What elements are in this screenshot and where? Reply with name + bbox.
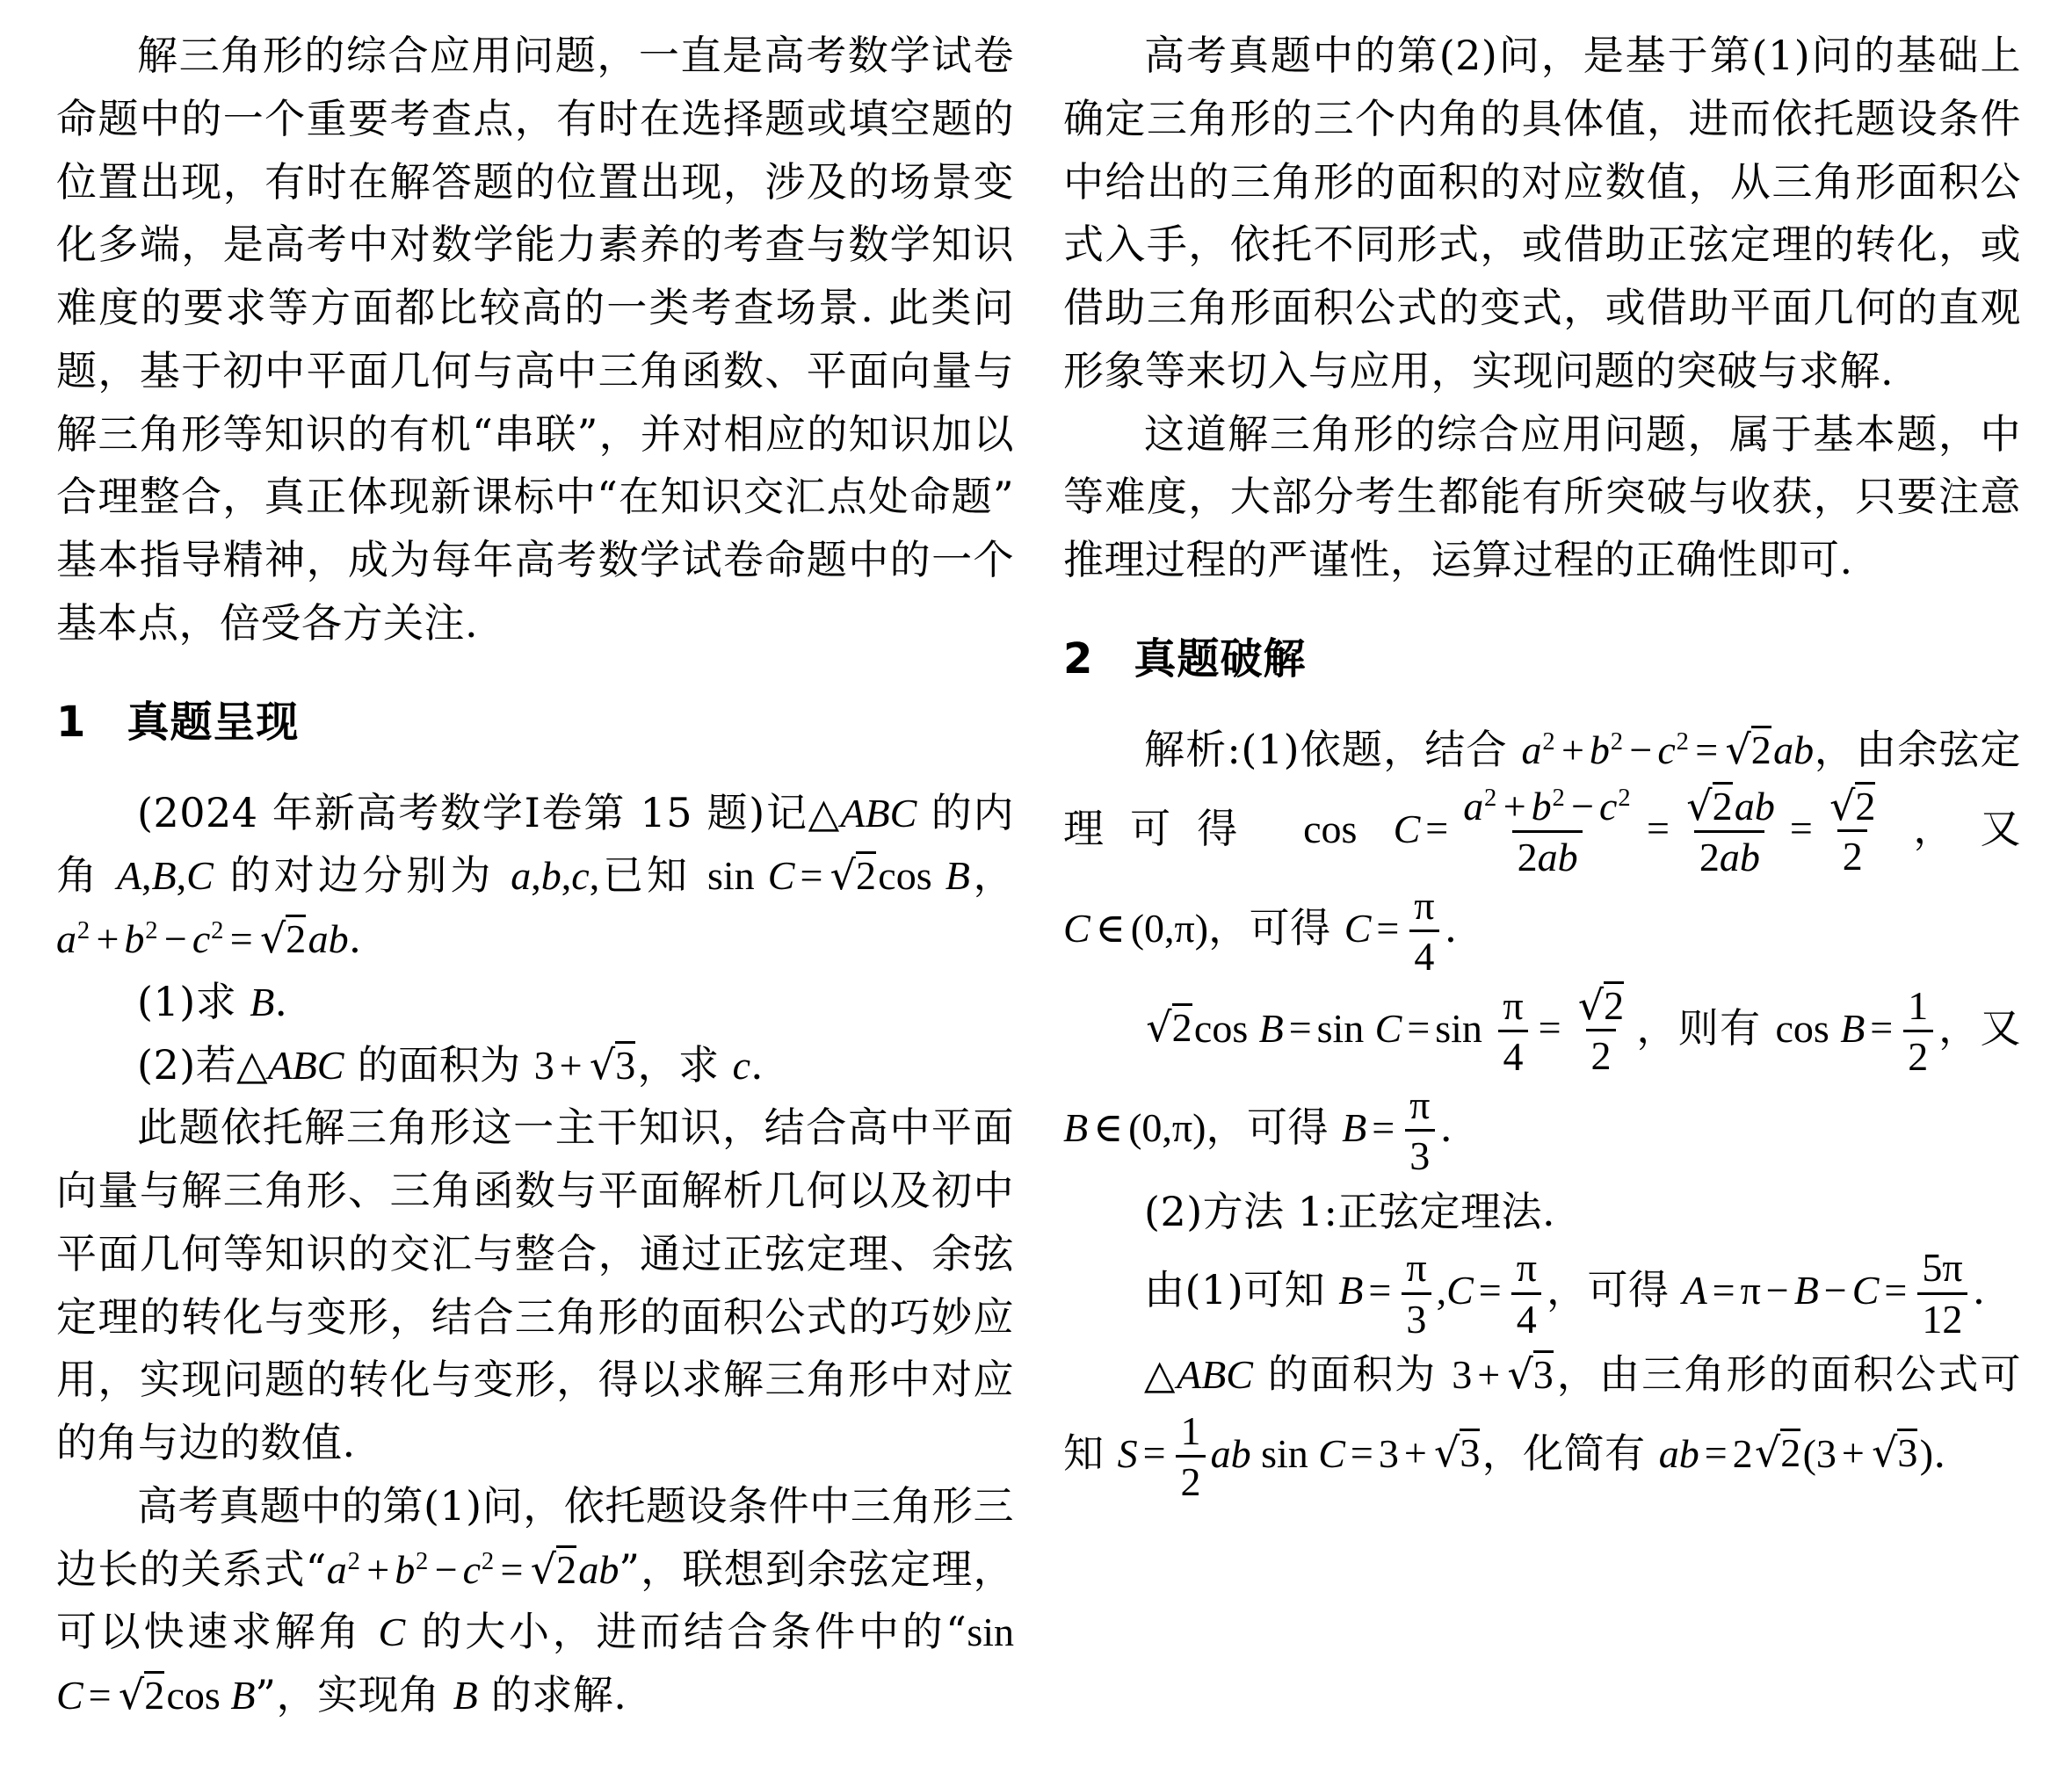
math-variable: c <box>1599 784 1617 828</box>
math-operator: = <box>1790 806 1813 850</box>
superscript: 2 <box>1618 785 1630 812</box>
math-roman: 4 <box>1517 1297 1537 1342</box>
math-roman: 2 <box>1518 835 1538 879</box>
math-variable: B <box>1794 1268 1819 1313</box>
math-variable: b <box>1590 727 1610 772</box>
text-run: (2024 年新高考数学Ⅰ卷第 15 题)记 <box>137 789 808 836</box>
math-roman: 2 <box>556 1547 576 1592</box>
math-operator: = <box>1368 1268 1391 1313</box>
math-operator: − <box>1766 1268 1789 1313</box>
math-roman: 1 <box>1908 983 1928 1028</box>
math-roman: , <box>590 853 600 898</box>
fraction: π4 <box>1409 881 1439 981</box>
math-roman: cos <box>166 1673 230 1718</box>
math-roman: 3 <box>1897 1430 1917 1475</box>
radicand: 2 <box>144 1671 164 1718</box>
math-roman: 2 <box>1908 1034 1928 1079</box>
radicand: 3 <box>1897 1429 1917 1475</box>
math-variable: c <box>733 1043 750 1088</box>
numerator: √2 <box>1822 782 1882 829</box>
radicand: 2 <box>1751 726 1771 772</box>
radicand: 2 <box>1780 1429 1800 1475</box>
paragraph: △ABC 的面积为 3+√3，由三角形的面积公式可知 S=12ab sin C=… <box>1063 1343 2021 1506</box>
paragraph: 高考真题中的第(1)问，依托题设条件中三角形三边长的关系式“a2+b2−c2=√… <box>56 1475 1014 1727</box>
text-run: 这道解三角形的综合应用问题，属于基本题，中等难度，大部分考生都能有所突破与收获，… <box>1063 410 2021 584</box>
math-roman: , <box>561 853 572 898</box>
math-roman: , <box>141 853 152 898</box>
fraction: π4 <box>1498 981 1528 1082</box>
math-operator: = <box>1351 1430 1373 1475</box>
radicand: 3 <box>615 1041 635 1088</box>
math-roman: sin <box>707 853 768 898</box>
math-roman: sin <box>1435 1005 1493 1050</box>
text-run: ，可得 <box>1206 1103 1342 1151</box>
math-roman: , <box>177 853 187 898</box>
math-variable: C <box>1446 1268 1474 1313</box>
text-run: 由(1)可知 <box>1144 1266 1338 1313</box>
text-run: ，化简有 <box>1482 1429 1659 1476</box>
math-roman: 3 <box>1533 1352 1554 1397</box>
radicand: 2 <box>856 851 876 898</box>
fraction: √22 <box>1571 981 1631 1081</box>
math-variable: C <box>1063 906 1090 951</box>
math-variable: a <box>1463 784 1483 828</box>
math-variable: B <box>1338 1268 1363 1313</box>
math-roman: 2 <box>1733 1430 1753 1475</box>
math-operator: + <box>1503 784 1526 828</box>
numerator: a2+b2−c2 <box>1459 782 1637 830</box>
radical-sign-icon: √ <box>531 1538 556 1602</box>
text-run: 解析:(1)依题，结合 <box>1144 726 1521 773</box>
math-operator: = <box>1705 1430 1728 1475</box>
math-operator: − <box>164 916 187 961</box>
math-roman: 4 <box>1503 1034 1523 1079</box>
math-variable: a <box>1521 727 1541 772</box>
numerator: π <box>1511 1243 1541 1291</box>
denominator: 2ab <box>1512 830 1583 881</box>
fraction: π4 <box>1511 1243 1541 1343</box>
sqrt-radical: √2 <box>830 844 876 908</box>
math-variable: a <box>511 853 531 898</box>
math-variable: A <box>117 853 141 898</box>
paragraph: √2cos B=sin C=sin π4=√22，则有 cos B=12，又 B… <box>1063 981 2021 1181</box>
math-roman: 2 <box>1590 1033 1611 1078</box>
denominator: 3 <box>1402 1292 1431 1343</box>
math-variable: B <box>230 1673 255 1718</box>
math-roman: ) <box>1920 1430 1933 1475</box>
math-variable: b <box>1532 784 1552 828</box>
math-operator: + <box>1404 1430 1427 1475</box>
math-operator: = <box>1539 1005 1561 1050</box>
math-variable: C <box>1852 1268 1880 1313</box>
paragraph: 这道解三角形的综合应用问题，属于基本题，中等难度，大部分考生都能有所突破与收获，… <box>1063 403 2021 592</box>
paragraph: (2)若△ABC 的面积为 3+√3，求 c. <box>56 1034 1014 1097</box>
denominator: 3 <box>1405 1129 1435 1180</box>
text-run: . <box>1973 1266 1986 1313</box>
math-roman: 2 <box>1780 1430 1800 1475</box>
math-roman: (0,π) <box>1128 1105 1206 1150</box>
sqrt-radical: √3 <box>1507 1343 1553 1407</box>
math-roman: cos <box>1775 1005 1840 1050</box>
math-operator: = <box>1407 1005 1430 1050</box>
math-variable: B <box>453 1673 478 1718</box>
paragraph: 解三角形的综合应用问题，一直是高考数学试卷命题中的一个重要考查点，有时在选择题或… <box>56 25 1014 655</box>
text-run: (2)方法 1:正弦定理法. <box>1144 1188 1555 1235</box>
math-roman: 2 <box>144 1673 164 1718</box>
radical-sign-icon: √ <box>1872 1422 1897 1485</box>
radical-sign-icon: √ <box>119 1664 144 1727</box>
text-run: ，又 <box>1887 804 2021 851</box>
math-operator: = <box>1425 806 1448 850</box>
math-operator: = <box>1870 1005 1893 1050</box>
radicand: 2 <box>1172 1003 1192 1050</box>
numerator: √2ab <box>1679 782 1779 830</box>
denominator: 12 <box>1917 1292 1967 1343</box>
sqrt-radical: √3 <box>1434 1422 1480 1485</box>
math-variable: C <box>1394 806 1421 850</box>
math-variable: a <box>56 916 76 961</box>
math-variable: ABC <box>268 1043 344 1088</box>
radical-sign-icon: √ <box>1146 996 1171 1060</box>
radical-sign-icon: √ <box>1829 782 1855 829</box>
math-operator: + <box>560 1043 583 1088</box>
section-number: 1 <box>56 698 86 747</box>
math-variable: C <box>768 853 795 898</box>
denominator: 4 <box>1498 1030 1528 1081</box>
math-variable: B <box>945 853 970 898</box>
sqrt-radical: √2 <box>531 1538 576 1602</box>
math-roman: 3 <box>1460 1430 1480 1475</box>
text-run: ，则有 <box>1635 1003 1775 1051</box>
section-number: 2 <box>1063 634 1093 684</box>
fraction: 12 <box>1176 1407 1206 1507</box>
numerator: π <box>1405 1081 1435 1129</box>
superscript: 2 <box>1552 785 1564 812</box>
math-variable: C <box>1344 906 1372 951</box>
sqrt-radical: √2 <box>1686 782 1732 829</box>
fraction: π3 <box>1402 1243 1431 1343</box>
superscript: 2 <box>482 1548 494 1575</box>
math-roman: π <box>1517 1245 1537 1290</box>
math-operator: − <box>1571 784 1594 828</box>
radical-sign-icon: √ <box>260 908 286 971</box>
math-roman: 3 <box>1452 1352 1472 1397</box>
radicand: 3 <box>1533 1350 1554 1397</box>
math-variable: C <box>1375 1005 1402 1050</box>
math-roman: 2 <box>1713 784 1733 828</box>
math-roman: (0,π) <box>1131 906 1208 951</box>
superscript: 2 <box>77 917 90 944</box>
math-variable: ab <box>1659 1430 1699 1475</box>
math-roman: cos <box>1194 1005 1259 1050</box>
section-title: 真题呈现 <box>127 698 299 747</box>
math-variable: B <box>1342 1105 1366 1150</box>
superscript: 2 <box>211 917 223 944</box>
superscript: 2 <box>416 1548 428 1575</box>
sqrt-radical: √2 <box>1755 1422 1800 1485</box>
math-variable: C <box>378 1610 405 1654</box>
text-run: ”，实现角 <box>255 1671 453 1718</box>
paragraph: 由(1)可知 B=π3,C=π4，可得 A=π−B−C=5π12. <box>1063 1243 2021 1343</box>
math-roman: 5π <box>1922 1245 1962 1290</box>
math-roman: cos <box>1303 806 1393 850</box>
math-variable: b <box>541 853 561 898</box>
math-variable: a <box>327 1547 347 1592</box>
math-variable: C <box>56 1673 83 1718</box>
math-operator: = <box>1479 1268 1502 1313</box>
math-operator: − <box>1824 1268 1847 1313</box>
superscript: 2 <box>348 1548 360 1575</box>
text-run: ， <box>970 851 1014 899</box>
math-roman: π <box>1414 883 1434 928</box>
math-roman: π <box>1503 983 1523 1028</box>
denominator: 2 <box>1176 1455 1206 1506</box>
math-roman: 2 <box>1172 1005 1192 1050</box>
math-roman: 3 <box>615 1043 635 1088</box>
math-roman: △ <box>808 791 841 836</box>
math-roman: 2 <box>286 916 306 961</box>
radicand: 2 <box>556 1545 576 1592</box>
math-roman: cos <box>878 853 945 898</box>
math-operator: = <box>501 1547 524 1592</box>
math-operator: = <box>1884 1268 1907 1313</box>
radical-sign-icon: √ <box>590 1034 615 1097</box>
math-roman: π <box>1406 1245 1426 1290</box>
superscript: 2 <box>1677 728 1689 756</box>
math-roman: 4 <box>1414 934 1434 979</box>
math-roman: 12 <box>1922 1297 1962 1342</box>
math-variable: C <box>1318 1430 1345 1475</box>
math-operator: = <box>1376 906 1399 951</box>
fraction: √22 <box>1822 782 1882 881</box>
math-variable: ab <box>1735 784 1775 828</box>
math-operator: + <box>1561 727 1584 772</box>
sqrt-radical: √2 <box>1829 782 1875 829</box>
radicand: 2 <box>1604 981 1624 1028</box>
fraction: 5π12 <box>1917 1243 1967 1343</box>
math-variable: ab <box>1720 835 1760 879</box>
section-heading: 2真题破解 <box>1063 633 2021 685</box>
section-title: 真题破解 <box>1134 634 1306 684</box>
document-page: 解三角形的综合应用问题，一直是高考数学试卷命题中的一个重要考查点，有时在选择题或… <box>0 0 2072 1787</box>
math-variable: ab <box>1538 835 1578 879</box>
numerator: 1 <box>1903 981 1933 1030</box>
math-roman: 3 <box>1406 1297 1426 1342</box>
math-variable: ab <box>308 916 349 961</box>
math-roman: 3 <box>534 1043 554 1088</box>
paragraph: 高考真题中的第(2)问，是基于第(1)问的基础上确定三角形的三个内角的具体值，进… <box>1063 25 2021 403</box>
math-roman: 2 <box>1699 835 1720 879</box>
text-run: . <box>1933 1429 1946 1476</box>
numerator: π <box>1498 981 1528 1030</box>
left-column: 解三角形的综合应用问题，一直是高考数学试卷命题中的一个重要考查点，有时在选择题或… <box>56 25 1014 1787</box>
fraction: √2ab2ab <box>1679 782 1779 882</box>
sqrt-radical: √2 <box>1146 996 1192 1060</box>
text-run: (1)求 <box>137 978 250 1025</box>
math-operator: + <box>97 916 120 961</box>
paragraph: 此题依托解三角形这一主干知识，结合高中平面向量与解三角形、三角函数与平面解析几何… <box>56 1096 1014 1475</box>
sqrt-radical: √2 <box>1578 981 1624 1029</box>
math-roman: 2 <box>1855 784 1875 828</box>
math-operator: + <box>1842 1430 1865 1475</box>
math-roman: 2 <box>1181 1459 1201 1504</box>
fraction: 12 <box>1903 981 1933 1082</box>
math-variable: c <box>1657 727 1675 772</box>
math-operator: + <box>1477 1352 1500 1397</box>
math-roman: (3 <box>1803 1430 1837 1475</box>
math-variable: ab <box>1211 1430 1251 1475</box>
sqrt-radical: √3 <box>590 1034 635 1097</box>
math-roman: 3 <box>1409 1133 1430 1178</box>
math-variable: A <box>1683 1268 1707 1313</box>
text-run: 此题依托解三角形这一主干知识，结合高中平面向量与解三角形、三角函数与平面解析几何… <box>56 1103 1014 1466</box>
denominator: 2 <box>1903 1030 1933 1081</box>
radicand: 2 <box>1855 782 1875 828</box>
math-roman: π <box>1409 1082 1430 1127</box>
sqrt-radical: √3 <box>1872 1422 1917 1485</box>
math-operator: = <box>1143 1430 1166 1475</box>
sqrt-radical: √2 <box>119 1664 164 1727</box>
math-variable: c <box>571 853 589 898</box>
math-variable: B <box>1063 1105 1088 1150</box>
denominator: 4 <box>1409 930 1439 980</box>
math-variable: S <box>1118 1430 1138 1475</box>
text-run: . <box>274 978 287 1025</box>
math-variable: c <box>192 916 210 961</box>
radical-sign-icon: √ <box>1725 719 1750 782</box>
text-run: . <box>349 915 362 962</box>
math-roman: 3 <box>1379 1430 1399 1475</box>
superscript: 2 <box>145 917 157 944</box>
math-roman: sin <box>967 1610 1014 1654</box>
radical-sign-icon: √ <box>830 844 856 908</box>
math-operator: = <box>1372 1105 1395 1150</box>
math-operator: − <box>435 1547 458 1592</box>
math-roman: sin <box>1251 1430 1319 1475</box>
math-operator: ∈ <box>1096 906 1126 951</box>
fraction: π3 <box>1405 1081 1435 1181</box>
numerator: π <box>1409 881 1439 930</box>
numerator: π <box>1402 1243 1431 1291</box>
numerator: 1 <box>1176 1407 1206 1455</box>
math-roman: , <box>531 853 541 898</box>
numerator: 5π <box>1917 1243 1967 1291</box>
math-variable: c <box>463 1547 481 1592</box>
math-operator: − <box>1629 727 1652 772</box>
sqrt-radical: √2 <box>260 908 306 971</box>
radical-sign-icon: √ <box>1507 1343 1532 1407</box>
math-operator: = <box>89 1673 112 1718</box>
radical-sign-icon: √ <box>1686 782 1712 829</box>
math-variable: b <box>124 916 144 961</box>
denominator: 2 <box>1837 829 1867 880</box>
math-roman: sin <box>1317 1005 1375 1050</box>
denominator: 4 <box>1511 1292 1541 1343</box>
text-run: ，可得 <box>1208 904 1344 951</box>
text-run: 的面积为 <box>344 1041 533 1089</box>
paragraph: (2024 年新高考数学Ⅰ卷第 15 题)记△ABC 的内角 A,B,C 的对边… <box>56 782 1014 971</box>
math-variable: b <box>395 1547 415 1592</box>
paragraph: 解析:(1)依题，结合 a2+b2−c2=√2ab，由余弦定理可得 cos C=… <box>1063 719 2021 981</box>
math-roman: 2 <box>1751 727 1771 772</box>
math-operator: = <box>1647 806 1670 850</box>
paragraph: (1)求 B. <box>56 971 1014 1034</box>
math-operator: = <box>1695 727 1718 772</box>
math-variable: B <box>250 980 274 1024</box>
math-variable: ab <box>578 1547 619 1592</box>
radicand: 2 <box>1713 782 1733 828</box>
math-variable: ABC <box>1177 1352 1253 1397</box>
math-roman: 2 <box>1843 834 1863 879</box>
text-run: 解三角形的综合应用问题，一直是高考数学试卷命题中的一个重要考查点，有时在选择题或… <box>56 32 1014 647</box>
math-variable: C <box>186 853 214 898</box>
text-run: ，可得 <box>1547 1266 1683 1313</box>
math-roman: 2 <box>856 853 876 898</box>
radical-sign-icon: √ <box>1755 1422 1780 1485</box>
math-roman: △ <box>1144 1352 1177 1397</box>
radicand: 2 <box>286 915 306 961</box>
text-run: ，又 <box>1938 1003 2021 1051</box>
math-variable: B <box>1840 1005 1865 1050</box>
superscript: 2 <box>1542 728 1554 756</box>
math-variable: B <box>152 853 177 898</box>
math-operator: = <box>1289 1005 1312 1050</box>
text-run: ，求 <box>638 1041 733 1089</box>
math-roman: , <box>1437 1268 1447 1313</box>
math-roman: △ <box>236 1043 267 1088</box>
text-run: 高考真题中的第(2)问，是基于第(1)问的基础上确定三角形的三个内角的具体值，进… <box>1063 32 2021 394</box>
text-run: 已知 <box>599 851 707 899</box>
section-heading: 1真题呈现 <box>56 696 1014 749</box>
superscript: 2 <box>1611 728 1623 756</box>
math-operator: = <box>800 853 822 898</box>
text-run: . <box>1445 904 1458 951</box>
denominator: 2 <box>1586 1029 1616 1080</box>
text-run: 的对边分别为 <box>214 851 511 899</box>
radicand: 3 <box>1460 1429 1480 1475</box>
radical-sign-icon: √ <box>1434 1422 1460 1485</box>
text-run: . <box>750 1041 764 1089</box>
math-variable: B <box>1259 1005 1284 1050</box>
numerator: √2 <box>1571 981 1631 1029</box>
math-operator: = <box>230 916 253 961</box>
math-operator: = <box>1713 1268 1735 1313</box>
math-roman: 2 <box>1604 983 1624 1028</box>
math-roman: 1 <box>1181 1408 1201 1453</box>
paragraph: (2)方法 1:正弦定理法. <box>1063 1181 2021 1244</box>
math-variable: ABC <box>840 791 916 836</box>
text-run: 的求解. <box>478 1671 627 1718</box>
math-operator: + <box>366 1547 389 1592</box>
right-column: 高考真题中的第(2)问，是基于第(1)问的基础上确定三角形的三个内角的具体值，进… <box>1063 25 2021 1787</box>
text-run: . <box>1439 1103 1453 1151</box>
math-roman: π <box>1741 1268 1761 1313</box>
fraction: a2+b2−c22ab <box>1459 782 1637 882</box>
radical-sign-icon: √ <box>1578 981 1604 1029</box>
math-variable: ab <box>1773 727 1814 772</box>
sqrt-radical: √2 <box>1725 719 1771 782</box>
text-run: 的大小，进而结合条件中的“ <box>405 1608 967 1655</box>
denominator: 2ab <box>1694 830 1764 881</box>
text-run: (2)若 <box>137 1041 236 1089</box>
superscript: 2 <box>1484 785 1496 812</box>
text-run: 的面积为 <box>1253 1350 1452 1398</box>
math-operator: ∈ <box>1093 1105 1123 1150</box>
